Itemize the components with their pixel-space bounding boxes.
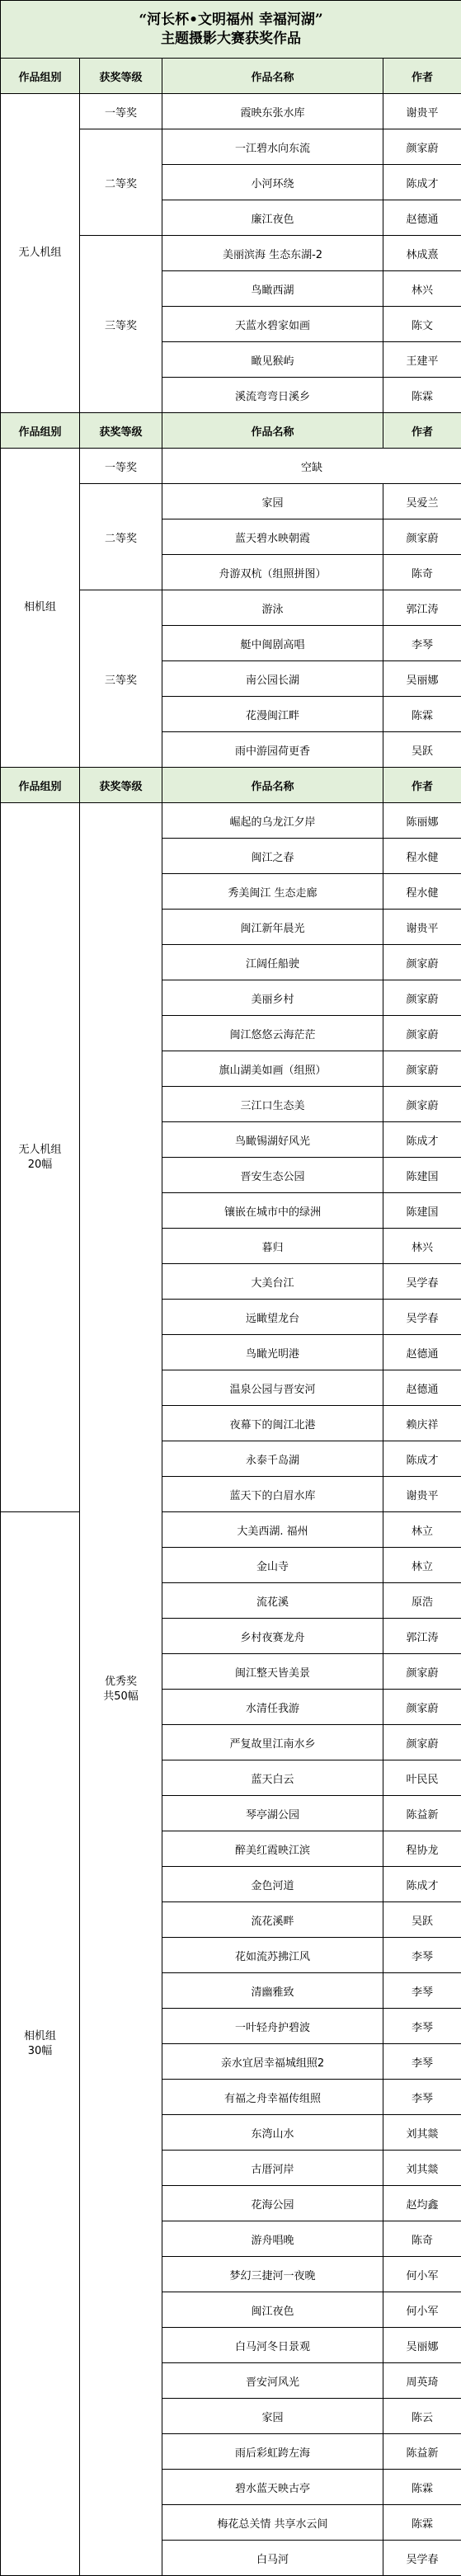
author-cell: 原浩: [383, 1583, 461, 1619]
author-cell: 吴丽娜: [383, 2328, 461, 2363]
author-cell: 陈成才: [383, 1867, 461, 1902]
work-name-cell: 白马河: [162, 2541, 383, 2576]
author-cell: 陈奇: [383, 555, 461, 590]
page-title: “河长杯•文明福州 幸福河湖” 主题摄影大赛获奖作品: [1, 1, 461, 59]
award-level-cell: 优秀奖 共50幅: [80, 803, 162, 2576]
author-cell: 林立: [383, 1512, 461, 1548]
work-name-cell: 温泉公园与晋安河: [162, 1370, 383, 1406]
author-cell: 陈霖: [383, 2470, 461, 2505]
work-name-cell: 游舟唱晚: [162, 2221, 383, 2257]
award-level-cell: 一等奖: [80, 94, 162, 129]
group-header: 作品组别: [1, 413, 80, 449]
author-cell: 吴学春: [383, 1300, 461, 1335]
award-level-cell: 三等奖: [80, 236, 162, 413]
author-cell: 颜家蔚: [383, 519, 461, 555]
work-name-cell: 崛起的乌龙江夕岸: [162, 803, 383, 839]
author-cell: 颜家蔚: [383, 129, 461, 165]
work-name-cell: 远瞰望龙台: [162, 1300, 383, 1335]
work-name-cell: 水清任我游: [162, 1690, 383, 1725]
author-cell: 陈建国: [383, 1158, 461, 1193]
author-cell: 赵德通: [383, 200, 461, 236]
work-name-cell: 闽江夜色: [162, 2292, 383, 2328]
author-cell: 颜家蔚: [383, 1725, 461, 1760]
work-name-cell: 梦幻三捷河一夜晚: [162, 2257, 383, 2292]
work-name-header: 作品名称: [162, 59, 383, 94]
author-cell: 王建平: [383, 342, 461, 378]
title-line-2: 主题摄影大赛获奖作品: [1, 30, 461, 49]
author-cell: 林立: [383, 1548, 461, 1583]
work-name-cell: 花漫闽江畔: [162, 697, 383, 732]
work-name-cell: 鸟瞰锡湖好风光: [162, 1122, 383, 1158]
author-cell: 陈益新: [383, 2434, 461, 2470]
work-name-cell: 闽江之春: [162, 839, 383, 874]
author-cell: 吴学春: [383, 1264, 461, 1300]
author-cell: 李琴: [383, 1973, 461, 2009]
author-cell: 叶民民: [383, 1760, 461, 1796]
work-name-cell: 严复故里江南水乡: [162, 1725, 383, 1760]
work-name-cell: 闽江新年晨光: [162, 910, 383, 945]
work-name-cell: 大美西湖. 福州: [162, 1512, 383, 1548]
table-row: 相机组一等奖空缺: [1, 449, 461, 484]
author-cell: 陈霖: [383, 697, 461, 732]
author-cell: 陈霖: [383, 2505, 461, 2541]
work-name-cell: 小河环绕: [162, 165, 383, 200]
work-name-cell: 三江口生态美: [162, 1087, 383, 1122]
author-cell: 程协龙: [383, 1831, 461, 1867]
author-cell: 陈成才: [383, 1441, 461, 1477]
work-name-cell: 鸟瞰西湖: [162, 271, 383, 307]
author-cell: 吴跃: [383, 732, 461, 768]
work-name-cell: 南公园长湖: [162, 661, 383, 697]
work-name-cell: 清幽雅致: [162, 1973, 383, 2009]
work-name-cell: 蓝天碧水映朝霞: [162, 519, 383, 555]
work-name-cell: 游泳: [162, 590, 383, 626]
author-cell: 陈奇: [383, 2221, 461, 2257]
author-cell: 程水健: [383, 874, 461, 910]
author-cell: 程水健: [383, 839, 461, 874]
author-cell: 谢贵平: [383, 1477, 461, 1512]
title-line-1: “河长杯•文明福州 幸福河湖”: [1, 11, 461, 30]
author-cell: 李琴: [383, 2080, 461, 2115]
work-name-cell: 雨后彩虹跨左海: [162, 2434, 383, 2470]
group-cell: 无人机组 20幅: [1, 803, 80, 1512]
author-cell: 颜家蔚: [383, 1654, 461, 1690]
work-name-header: 作品名称: [162, 768, 383, 803]
group-header: 作品组别: [1, 768, 80, 803]
work-name-cell: 美丽乡村: [162, 980, 383, 1016]
work-name-cell: 金山寺: [162, 1548, 383, 1583]
column-header-row: 作品组别获奖等级作品名称作者: [1, 59, 461, 94]
author-cell: 陈建国: [383, 1193, 461, 1229]
author-cell: 吴爱兰: [383, 484, 461, 519]
work-name-cell: 雨中游园荷更香: [162, 732, 383, 768]
author-cell: 颜家蔚: [383, 1690, 461, 1725]
author-cell: 赵德通: [383, 1370, 461, 1406]
author-cell: 吴丽娜: [383, 661, 461, 697]
vacant-cell: 空缺: [162, 449, 461, 484]
author-cell: 林兴: [383, 271, 461, 307]
work-name-cell: 夜幕下的闽江北港: [162, 1406, 383, 1441]
author-cell: 陈霖: [383, 378, 461, 413]
author-cell: 颜家蔚: [383, 945, 461, 980]
work-name-cell: 暮归: [162, 1229, 383, 1264]
work-name-cell: 晋安河风光: [162, 2363, 383, 2399]
award-level-header: 获奖等级: [80, 59, 162, 94]
table-row: 无人机组一等奖霞映东张水库谢贵平: [1, 94, 461, 129]
author-cell: 何小军: [383, 2257, 461, 2292]
work-name-cell: 旗山湖美如画（组照）: [162, 1051, 383, 1087]
author-cell: 林成熹: [383, 236, 461, 271]
work-name-cell: 花如流苏拂江风: [162, 1938, 383, 1973]
award-level-cell: 三等奖: [80, 590, 162, 768]
work-name-cell: 一叶轻舟护碧波: [162, 2009, 383, 2044]
author-cell: 陈云: [383, 2399, 461, 2434]
author-cell: 赵德通: [383, 1335, 461, 1370]
work-name-cell: 瞰见猴屿: [162, 342, 383, 378]
author-cell: 吴跃: [383, 1902, 461, 1938]
author-header: 作者: [383, 768, 461, 803]
author-cell: 颜家蔚: [383, 1051, 461, 1087]
award-level-cell: 一等奖: [80, 449, 162, 484]
work-name-cell: 永泰千岛湖: [162, 1441, 383, 1477]
author-cell: 刘其燚: [383, 2151, 461, 2186]
work-name-cell: 碧水蓝天映古亭: [162, 2470, 383, 2505]
author-cell: 吴学春: [383, 2541, 461, 2576]
work-name-cell: 乡村夜赛龙舟: [162, 1619, 383, 1654]
group-cell: 无人机组: [1, 94, 80, 413]
work-name-cell: 秀美闽江 生态走廊: [162, 874, 383, 910]
award-level-header: 获奖等级: [80, 413, 162, 449]
author-cell: 何小军: [383, 2292, 461, 2328]
work-name-cell: 东湾山水: [162, 2115, 383, 2151]
work-name-cell: 闽江整天皆美景: [162, 1654, 383, 1690]
work-name-cell: 溪流弯弯日溪乡: [162, 378, 383, 413]
author-header: 作者: [383, 413, 461, 449]
work-name-cell: 家园: [162, 2399, 383, 2434]
author-cell: 颜家蔚: [383, 1016, 461, 1051]
author-header: 作者: [383, 59, 461, 94]
author-cell: 赵均鑫: [383, 2186, 461, 2221]
work-name-cell: 花海公园: [162, 2186, 383, 2221]
work-name-cell: 大美台江: [162, 1264, 383, 1300]
work-name-cell: 霞映东张水库: [162, 94, 383, 129]
author-cell: 李琴: [383, 626, 461, 661]
work-name-cell: 家园: [162, 484, 383, 519]
work-name-cell: 古厝河岸: [162, 2151, 383, 2186]
author-cell: 颜家蔚: [383, 980, 461, 1016]
author-cell: 陈益新: [383, 1796, 461, 1831]
work-name-cell: 蓝天白云: [162, 1760, 383, 1796]
work-name-cell: 舟游双杭（组照拼图）: [162, 555, 383, 590]
work-name-header: 作品名称: [162, 413, 383, 449]
author-cell: 李琴: [383, 2009, 461, 2044]
award-level-cell: 二等奖: [80, 129, 162, 236]
column-header-row: 作品组别获奖等级作品名称作者: [1, 768, 461, 803]
work-name-cell: 琴亭湖公园: [162, 1796, 383, 1831]
column-header-row: 作品组别获奖等级作品名称作者: [1, 413, 461, 449]
author-cell: 李琴: [383, 1938, 461, 1973]
work-name-cell: 闽江悠悠云海茫茫: [162, 1016, 383, 1051]
author-cell: 林兴: [383, 1229, 461, 1264]
author-cell: 陈丽娜: [383, 803, 461, 839]
group-cell: 相机组: [1, 449, 80, 768]
work-name-cell: 流花溪畔: [162, 1902, 383, 1938]
author-cell: 陈成才: [383, 1122, 461, 1158]
work-name-cell: 美丽滨海 生态东湖-2: [162, 236, 383, 271]
work-name-cell: 廉江夜色: [162, 200, 383, 236]
work-name-cell: 金色河道: [162, 1867, 383, 1902]
author-cell: 郭江涛: [383, 1619, 461, 1654]
work-name-cell: 天蓝水碧家如画: [162, 307, 383, 342]
work-name-cell: 流花溪: [162, 1583, 383, 1619]
work-name-cell: 一江碧水向东流: [162, 129, 383, 165]
work-name-cell: 亲水宜居幸福城组照2: [162, 2044, 383, 2080]
award-level-header: 获奖等级: [80, 768, 162, 803]
author-cell: 陈文: [383, 307, 461, 342]
work-name-cell: 蓝天下的白眉水库: [162, 1477, 383, 1512]
work-name-cell: 江阔任船驶: [162, 945, 383, 980]
work-name-cell: 鸟瞰光明港: [162, 1335, 383, 1370]
author-cell: 谢贵平: [383, 94, 461, 129]
title-row: “河长杯•文明福州 幸福河湖” 主题摄影大赛获奖作品: [1, 1, 461, 59]
group-cell: 相机组 30幅: [1, 1512, 80, 2576]
author-cell: 周英琦: [383, 2363, 461, 2399]
award-level-cell: 二等奖: [80, 484, 162, 590]
author-cell: 赖庆祥: [383, 1406, 461, 1441]
work-name-cell: 艇中闽剧高唱: [162, 626, 383, 661]
work-name-cell: 镶嵌在城市中的绿洲: [162, 1193, 383, 1229]
work-name-cell: 梅花总关情 共享水云间: [162, 2505, 383, 2541]
group-header: 作品组别: [1, 59, 80, 94]
author-cell: 刘其燚: [383, 2115, 461, 2151]
awards-table: “河长杯•文明福州 幸福河湖” 主题摄影大赛获奖作品 作品组别获奖等级作品名称作…: [0, 0, 461, 2576]
author-cell: 陈成才: [383, 165, 461, 200]
work-name-cell: 晋安生态公园: [162, 1158, 383, 1193]
author-cell: 颜家蔚: [383, 1087, 461, 1122]
table-row: 无人机组 20幅优秀奖 共50幅崛起的乌龙江夕岸陈丽娜: [1, 803, 461, 839]
author-cell: 谢贵平: [383, 910, 461, 945]
work-name-cell: 有福之舟幸福传组照: [162, 2080, 383, 2115]
author-cell: 郭江涛: [383, 590, 461, 626]
table-row: 相机组 30幅大美西湖. 福州林立: [1, 1512, 461, 1548]
work-name-cell: 醉美红霞映江滨: [162, 1831, 383, 1867]
work-name-cell: 白马河冬日景观: [162, 2328, 383, 2363]
author-cell: 李琴: [383, 2044, 461, 2080]
